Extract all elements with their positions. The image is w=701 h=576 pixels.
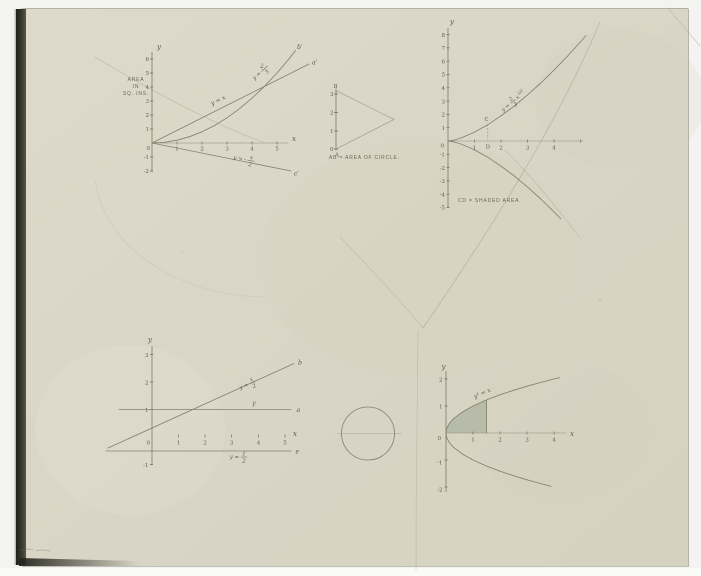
photograph-of-graph-plate: y x 6 5 4 3 2 1 0 -1 -2 1 2 3 4 5 AREA I… bbox=[0, 0, 701, 576]
g4-end-label-a: a bbox=[297, 407, 301, 414]
g3-ytick: -1 bbox=[440, 153, 445, 159]
g1-end-label-b-prime: b′ bbox=[297, 44, 303, 51]
svg-text:1: 1 bbox=[242, 451, 245, 457]
g3-xtick: 2 bbox=[499, 146, 503, 152]
g3-ytick: 8 bbox=[441, 33, 445, 39]
g3-ytick: 1 bbox=[441, 126, 445, 132]
g1-xtick: 4 bbox=[250, 147, 254, 153]
g1-xtick: 2 bbox=[200, 147, 204, 153]
g6-ytick: 2 bbox=[439, 378, 443, 384]
g1-xtick: 3 bbox=[225, 147, 229, 153]
g1-ytick: -1 bbox=[144, 155, 149, 161]
svg-text:SQ. INS.: SQ. INS. bbox=[123, 91, 149, 97]
g3-ytick: 6 bbox=[441, 59, 445, 65]
g3-ytick: -4 bbox=[440, 192, 446, 198]
g6-ytick: -1 bbox=[437, 461, 442, 467]
g3-ytick-zero: 0 bbox=[440, 144, 444, 150]
g4-end-label-e: e bbox=[296, 449, 300, 456]
g3-ytick: 4 bbox=[441, 86, 445, 92]
g6-xtick: 2 bbox=[498, 438, 502, 444]
g6-xtick: 3 bbox=[525, 438, 529, 444]
g6-x-axis-label: x bbox=[570, 430, 574, 438]
g6-xtick: 1 bbox=[471, 438, 475, 444]
svg-text:IN: IN bbox=[133, 84, 140, 90]
g3-point-D: D bbox=[486, 145, 490, 151]
g3-ytick: 5 bbox=[441, 73, 445, 79]
g4-ytick: -1 bbox=[143, 463, 148, 469]
g2-tick: 0 bbox=[330, 147, 334, 153]
g4-xtick: 5 bbox=[283, 441, 287, 447]
g3-point-C: C bbox=[485, 117, 489, 123]
g1-ytick: 3 bbox=[145, 99, 149, 105]
g1-ytick: 6 bbox=[145, 57, 149, 63]
photo-background-bottom bbox=[0, 568, 701, 576]
g1-ytick: 5 bbox=[145, 71, 149, 77]
g4-ytick: 3 bbox=[145, 353, 149, 359]
g4-xtick: 1 bbox=[177, 441, 181, 447]
g1-ytick: 2 bbox=[145, 113, 149, 119]
g3-xtick: 3 bbox=[526, 146, 530, 152]
g2-tick: 2 bbox=[330, 111, 334, 117]
g4-ytick: 1 bbox=[145, 408, 149, 414]
g6-ytick: 1 bbox=[439, 405, 443, 411]
g6-xtick: 4 bbox=[552, 438, 556, 444]
g4-ytick-zero: 0 bbox=[146, 441, 150, 447]
g1-x-axis-label: x bbox=[292, 135, 296, 143]
svg-text:y =: y = bbox=[229, 455, 239, 461]
g4-xtick: 2 bbox=[203, 441, 207, 447]
g1-ytick: 1 bbox=[145, 127, 149, 133]
g6-ytick: -2 bbox=[437, 488, 443, 494]
g1-end-label-c-prime: c′ bbox=[294, 171, 299, 178]
board-edge-left bbox=[16, 9, 26, 565]
g4-label-y-on-line-a: y bbox=[251, 400, 256, 407]
g3-ytick: 2 bbox=[441, 113, 445, 119]
g2-tick: 1 bbox=[330, 129, 334, 135]
g1-end-label-a-prime: a′ bbox=[312, 60, 318, 67]
g2-caption: AB = AREA OF CIRCLE. bbox=[329, 155, 400, 161]
g4-xtick: 3 bbox=[230, 441, 234, 447]
g4-xtick: 4 bbox=[257, 441, 261, 447]
g3-ytick: -5 bbox=[440, 206, 446, 212]
g3-ytick: -2 bbox=[440, 166, 446, 172]
g2-point-B: B bbox=[334, 84, 338, 90]
g1-xtick: 5 bbox=[275, 147, 279, 153]
g4-end-label-b: b bbox=[298, 360, 302, 367]
plate-canvas: y x 6 5 4 3 2 1 0 -1 -2 1 2 3 4 5 AREA I… bbox=[0, 0, 701, 576]
g3-xtick: 4 bbox=[552, 146, 556, 152]
svg-text:AREA: AREA bbox=[128, 77, 145, 83]
g1-ytick-zero: 0 bbox=[146, 146, 150, 152]
g2-tick: 3 bbox=[330, 92, 334, 98]
g1-ytick: -2 bbox=[144, 169, 150, 175]
g3-ytick: -3 bbox=[440, 179, 446, 185]
g3-caption: CD = SHADED AREA. bbox=[458, 198, 521, 204]
g4-x-axis-label: x bbox=[293, 430, 297, 438]
g3-ytick: 3 bbox=[441, 99, 445, 105]
g3-ytick: 7 bbox=[441, 46, 445, 52]
g4-ytick: 2 bbox=[145, 381, 149, 387]
svg-text:2: 2 bbox=[241, 459, 246, 465]
g6-ytick-zero: 0 bbox=[437, 436, 441, 442]
